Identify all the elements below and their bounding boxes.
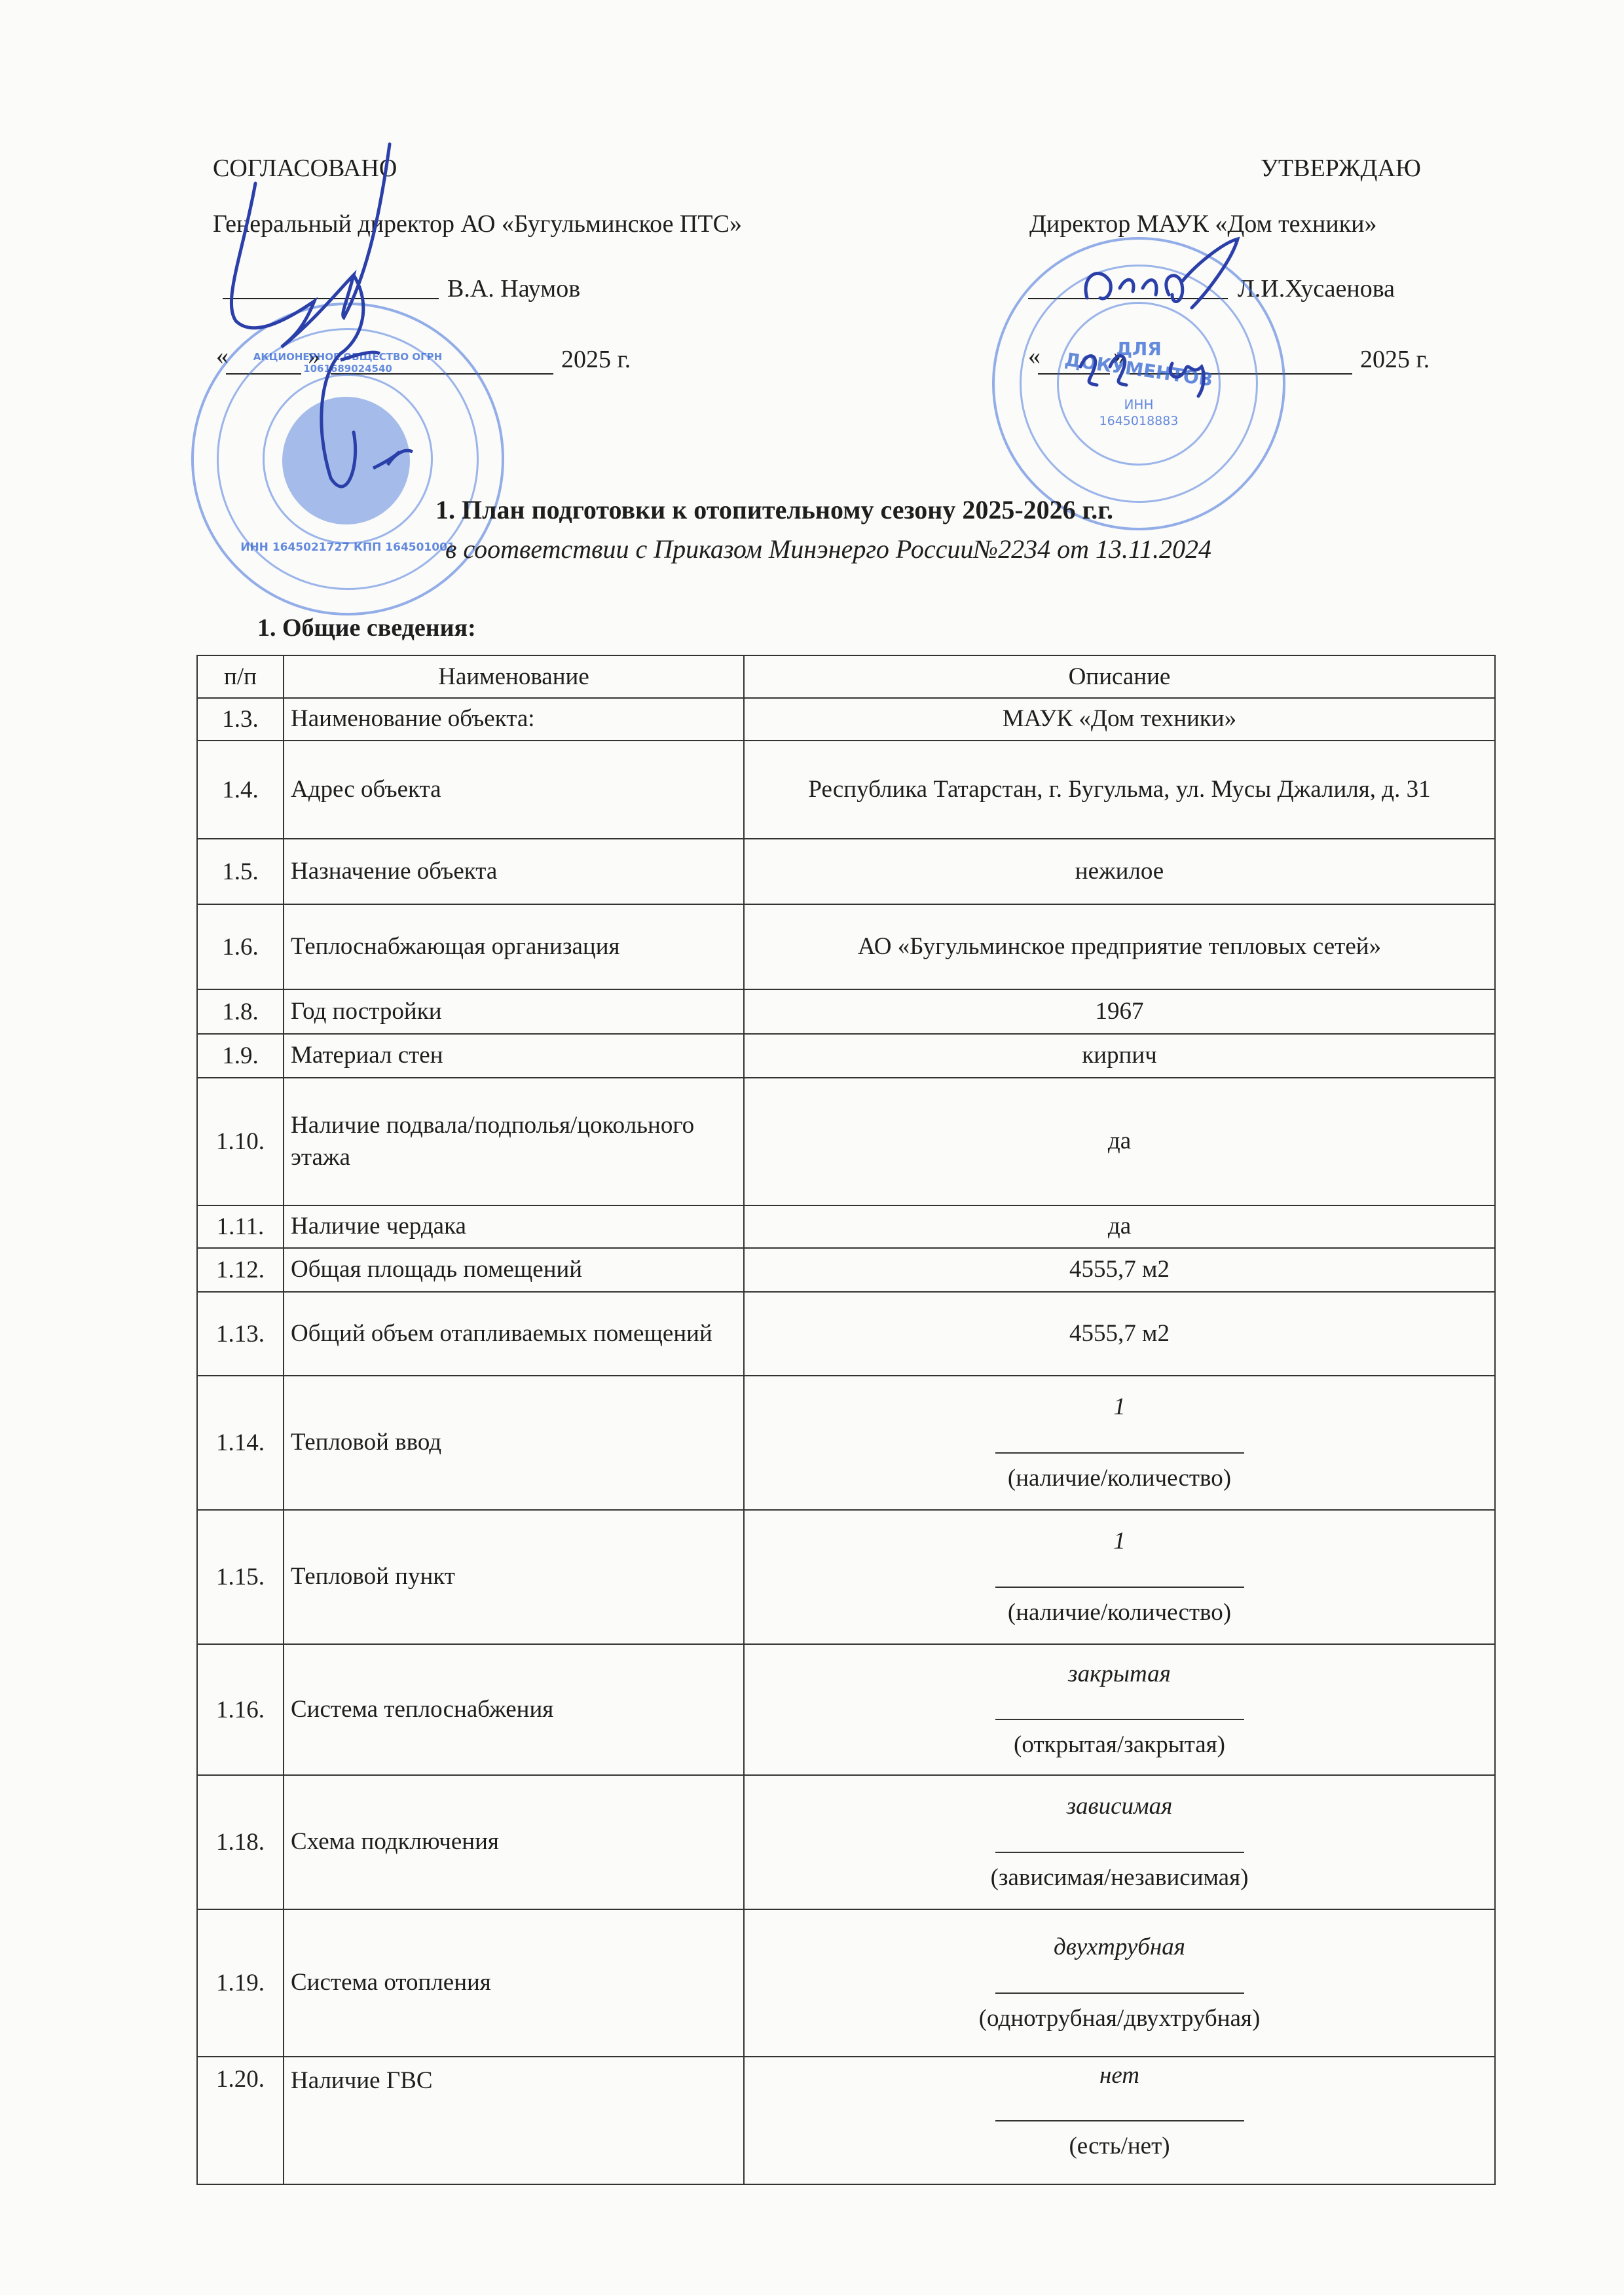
row-name: Схема подключения [284,1775,744,1909]
row-description: МАУК «Дом техники» [744,698,1495,741]
option-value: двухтрубная [751,1932,1488,1963]
table-row: 1.4.Адрес объектаРеспублика Татарстан, г… [197,741,1495,839]
row-description: 4555,7 м2 [744,1248,1495,1292]
agreed-date-year: 2025 г. [561,347,631,372]
row-number: 1.18. [197,1775,284,1909]
row-name: Адрес объекта [284,741,744,839]
seal-inn-text: ИНН 1645021727 КПП 164501001 [233,541,462,554]
row-number: 1.11. [197,1205,284,1248]
row-number: 1.6. [197,904,284,989]
row-description: 1(наличие/количество) [744,1376,1495,1510]
row-number: 1.12. [197,1248,284,1292]
document-subtitle: в соответствии с Приказом Минэнерго Росс… [445,534,1211,564]
option-hint: (наличие/количество) [751,1597,1488,1628]
option-hint: (зависимая/независимая) [751,1862,1488,1894]
option-value: нет [751,2060,1488,2091]
row-number: 1.9. [197,1034,284,1078]
seal-inn-value: 1645018883 [1086,414,1191,428]
row-name: Тепловой ввод [284,1376,744,1510]
table-row: 1.9.Материал стенкирпич [197,1034,1495,1078]
row-name: Назначение объекта [284,839,744,904]
row-description: закрытая(открытая/закрытая) [744,1644,1495,1775]
row-name: Общая площадь помещений [284,1248,744,1292]
table-row: 1.16.Система теплоснабжениязакрытая(откр… [197,1644,1495,1775]
table-row: 1.10.Наличие подвала/подполья/цокольного… [197,1078,1495,1205]
row-number: 1.8. [197,989,284,1034]
row-name: Система теплоснабжения [284,1644,744,1775]
table-row: 1.11.Наличие чердакада [197,1205,1495,1248]
table-row: 1.5.Назначение объектанежилое [197,839,1495,904]
option-hint: (есть/нет) [751,2131,1488,2162]
document-title: 1. План подготовки к отопительному сезон… [435,494,1113,525]
fill-in-line [995,2101,1244,2121]
row-name: Наличие чердака [284,1205,744,1248]
fill-in-line [995,1433,1244,1454]
row-name: Наименование объекта: [284,698,744,741]
row-name: Наличие ГВС [284,2057,744,2184]
approved-position: Директор МАУК «Дом техники» [1029,211,1377,236]
approved-date-year: 2025 г. [1360,347,1430,372]
option-hint: (открытая/закрытая) [751,1729,1488,1761]
row-number: 1.3. [197,698,284,741]
row-name: Год постройки [284,989,744,1034]
row-name: Система отопления [284,1909,744,2057]
row-name: Материал стен [284,1034,744,1078]
table-row: 1.6.Теплоснабжающая организацияАО «Бугул… [197,904,1495,989]
option-value: 1 [751,1526,1488,1557]
table-row: 1.13.Общий объем отапливаемых помещений4… [197,1292,1495,1376]
row-number: 1.14. [197,1376,284,1510]
row-name: Теплоснабжающая организация [284,904,744,989]
row-description: нежилое [744,839,1495,904]
approved-signature [1074,236,1270,406]
row-description: да [744,1078,1495,1205]
row-description: нет(есть/нет) [744,2057,1495,2184]
row-number: 1.5. [197,839,284,904]
row-name: Тепловой пункт [284,1510,744,1644]
agreed-signer-name: В.А. Наумов [447,276,580,301]
row-name: Общий объем отапливаемых помещений [284,1292,744,1376]
row-number: 1.4. [197,741,284,839]
table-row: 1.8.Год постройки1967 [197,989,1495,1034]
option-value: зависимая [751,1791,1488,1822]
row-description: двухтрубная(однотрубная/двухтрубная) [744,1909,1495,2057]
row-description: зависимая(зависимая/независимая) [744,1775,1495,1909]
table-header-row: п/п Наименование Описание [197,655,1495,698]
option-hint: (однотрубная/двухтрубная) [751,2003,1488,2034]
fill-in-line [995,1973,1244,1994]
option-value: 1 [751,1391,1488,1423]
row-number: 1.19. [197,1909,284,2057]
column-header-number: п/п [197,655,284,698]
row-number: 1.16. [197,1644,284,1775]
row-description: 1(наличие/количество) [744,1510,1495,1644]
row-number: 1.13. [197,1292,284,1376]
row-description: Республика Татарстан, г. Бугульма, ул. М… [744,741,1495,839]
column-header-description: Описание [744,655,1495,698]
row-description: кирпич [744,1034,1495,1078]
fill-in-line [995,1567,1244,1588]
table-row: 1.3.Наименование объекта:МАУК «Дом техни… [197,698,1495,741]
approved-heading: УТВЕРЖДАЮ [1261,156,1421,181]
table-row: 1.14.Тепловой ввод1(наличие/количество) [197,1376,1495,1510]
general-info-table: п/п Наименование Описание 1.3.Наименован… [196,655,1496,2185]
row-description: АО «Бугульминское предприятие тепловых с… [744,904,1495,989]
row-name: Наличие подвала/подполья/цокольного этаж… [284,1078,744,1205]
table-row: 1.15.Тепловой пункт1(наличие/количество) [197,1510,1495,1644]
fill-in-line [995,1699,1244,1720]
option-value: закрытая [751,1659,1488,1690]
row-number: 1.10. [197,1078,284,1205]
row-description: 1967 [744,989,1495,1034]
table-row: 1.20.Наличие ГВСнет(есть/нет) [197,2057,1495,2184]
row-number: 1.15. [197,1510,284,1644]
section-heading: 1. Общие сведения: [257,614,476,642]
row-description: да [744,1205,1495,1248]
table-row: 1.18.Схема подключениязависимая(зависима… [197,1775,1495,1909]
fill-in-line [995,1832,1244,1853]
option-hint: (наличие/количество) [751,1463,1488,1494]
row-description: 4555,7 м2 [744,1292,1495,1376]
row-number: 1.20. [197,2057,284,2184]
table-row: 1.19.Система отоплениядвухтрубная(однотр… [197,1909,1495,2057]
column-header-name: Наименование [284,655,744,698]
table-row: 1.12.Общая площадь помещений4555,7 м2 [197,1248,1495,1292]
agreed-signature [216,124,432,517]
